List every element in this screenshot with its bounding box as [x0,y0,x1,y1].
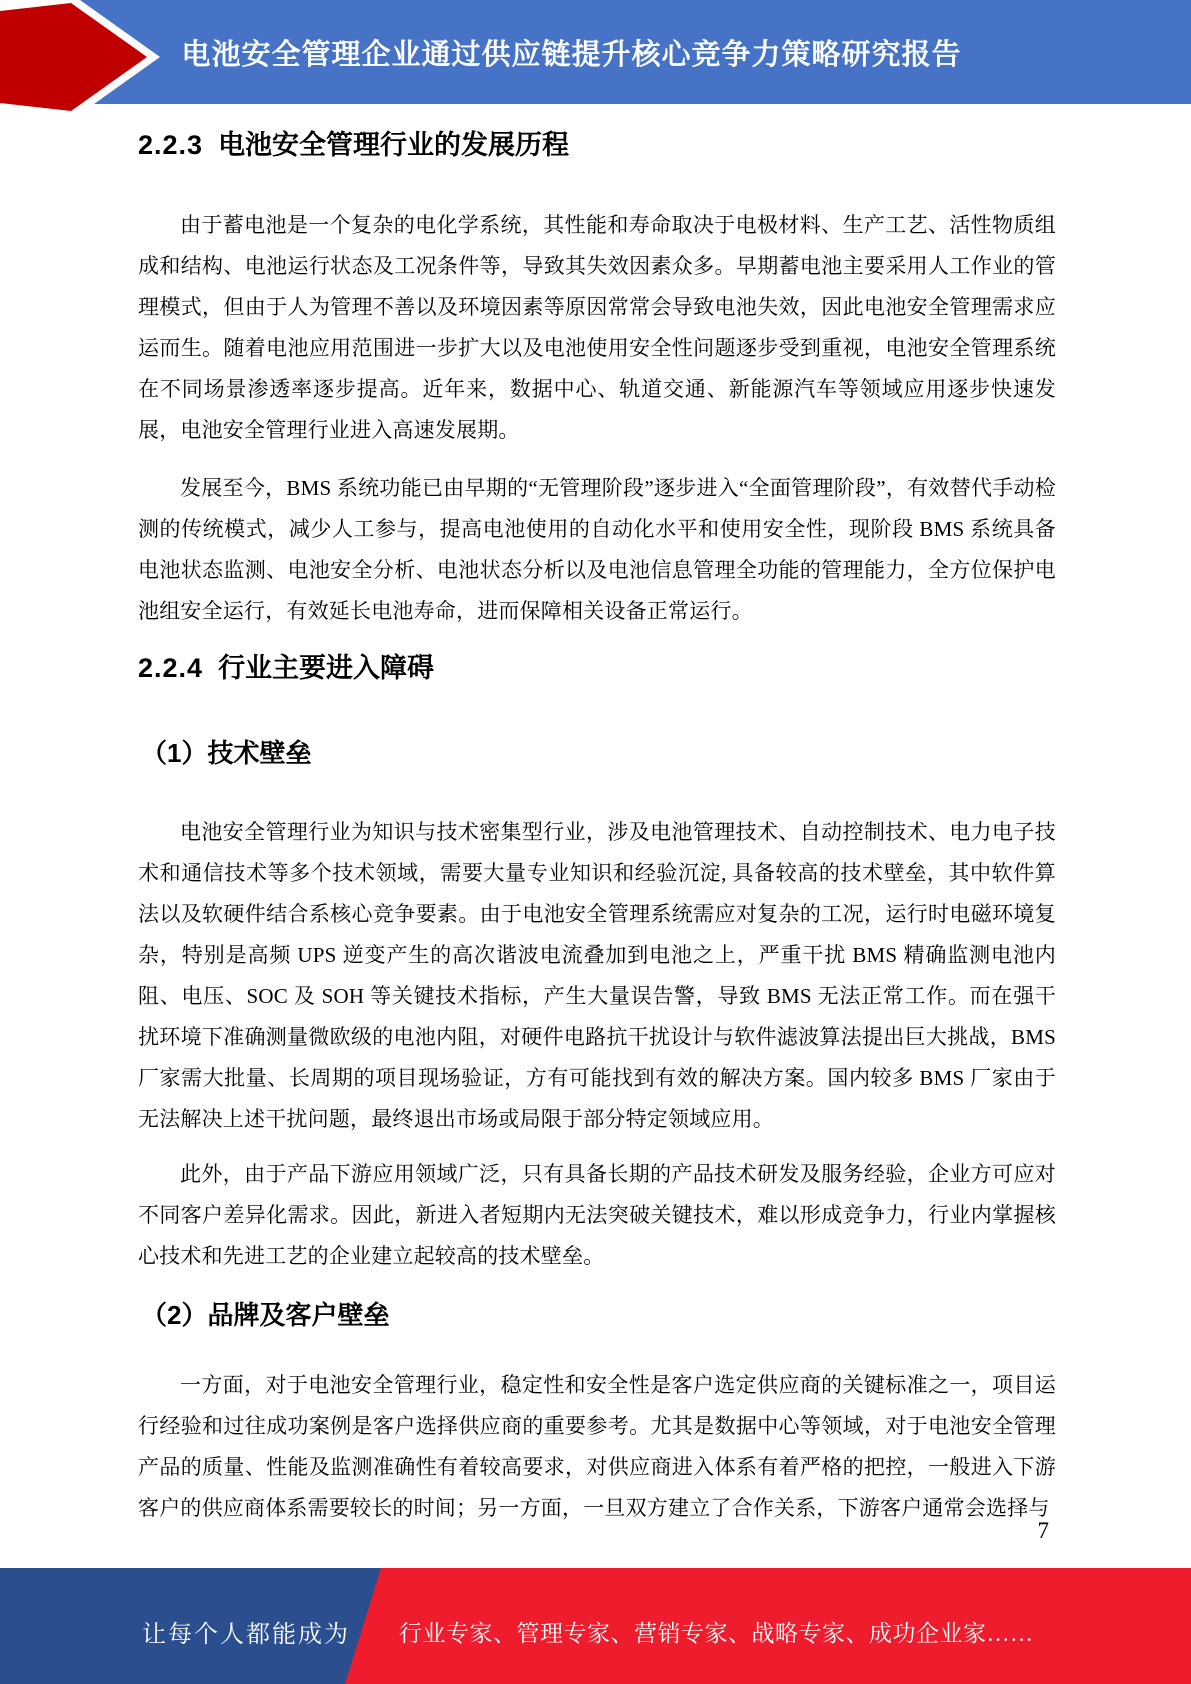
section-heading-2-2-3: 2.2.3电池安全管理行业的发展历程 [138,128,1056,162]
paragraph-tech-barrier-1: 电池安全管理行业为知识与技术密集型行业，涉及电池管理技术、自动控制技术、电力电子… [138,812,1056,1140]
subsection-heading-brand-barrier: （2）品牌及客户壁垒 [138,1298,1056,1332]
report-title: 电池安全管理企业通过供应链提升核心竞争力策略研究报告 [0,0,1191,104]
section-heading-2-2-4: 2.2.4行业主要进入障碍 [138,651,1056,685]
footer-slogan-right: 行业专家、管理专家、营销专家、战略专家、成功企业家…… [399,1615,1034,1648]
section-title: 行业主要进入障碍 [218,653,434,683]
section-title: 电池安全管理行业的发展历程 [218,130,569,160]
page-header-banner: 电池安全管理企业通过供应链提升核心竞争力策略研究报告 [0,0,1191,118]
page-footer: 让每个人都能成为 行业专家、管理专家、营销专家、战略专家、成功企业家…… [0,1568,1191,1684]
footer-slogan-left: 让每个人都能成为 [142,1614,350,1649]
report-page: 电池安全管理企业通过供应链提升核心竞争力策略研究报告 2.2.3电池安全管理行业… [0,0,1191,1684]
paragraph-tech-barrier-2: 此外，由于产品下游应用领域广泛，只有具备长期的产品技术研发及服务经验，企业方可应… [138,1154,1056,1277]
paragraph-history-1: 由于蓄电池是一个复杂的电化学系统，其性能和寿命取决于电极材料、生产工艺、活性物质… [138,205,1056,451]
paragraph-history-2: 发展至今，BMS 系统功能已由早期的“无管理阶段”逐步进入“全面管理阶段”，有效… [138,468,1056,632]
document-content: 2.2.3电池安全管理行业的发展历程 由于蓄电池是一个复杂的电化学系统，其性能和… [138,104,1056,1529]
paragraph-brand-barrier-1: 一方面，对于电池安全管理行业，稳定性和安全性是客户选定供应商的关键标准之一，项目… [138,1365,1056,1529]
subsection-heading-tech-barrier: （1）技术壁垒 [138,736,1056,770]
page-number: 7 [1038,1514,1050,1548]
section-number: 2.2.4 [138,651,203,685]
section-number: 2.2.3 [138,128,203,162]
